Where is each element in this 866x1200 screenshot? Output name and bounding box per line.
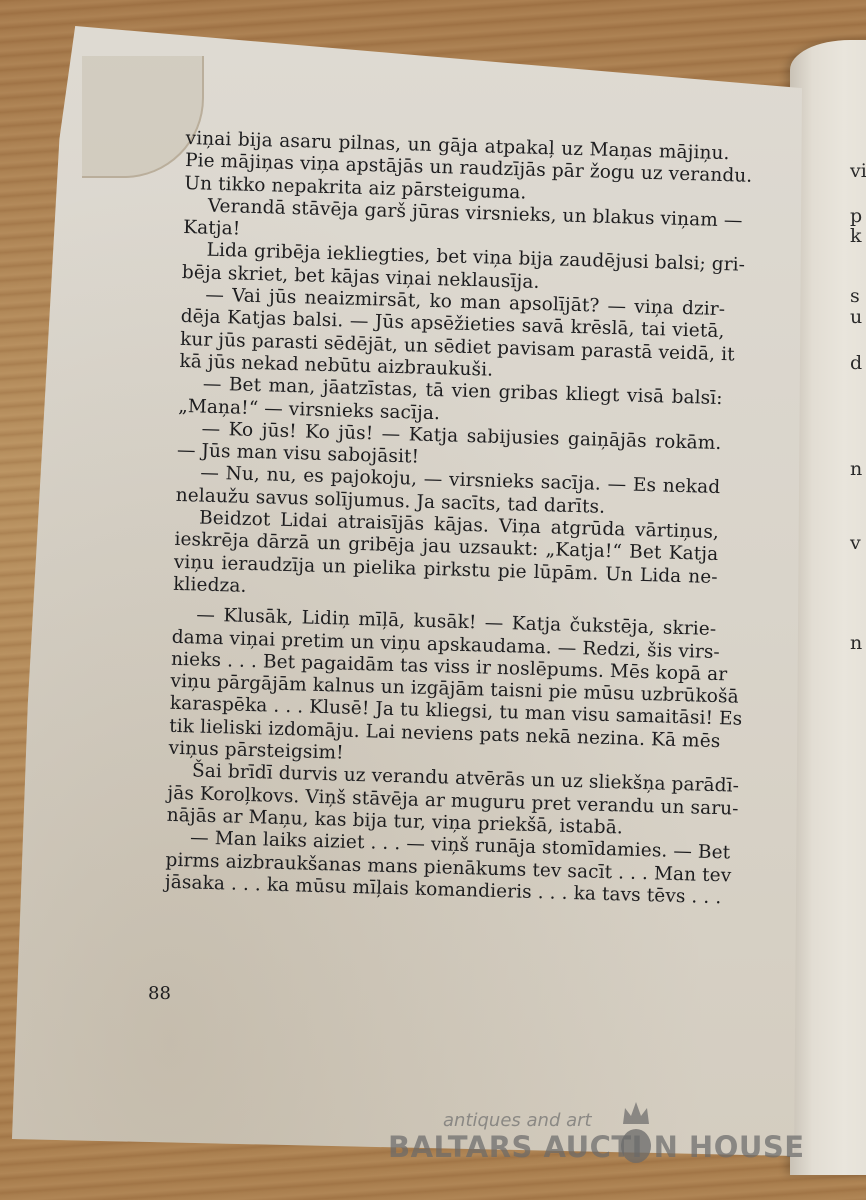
facing-page-letter: d [850, 352, 862, 374]
crown-icon [621, 1100, 651, 1126]
facing-page-letter: u [850, 306, 862, 328]
facing-page-letter: vi [850, 160, 866, 182]
facing-page-letter: s [850, 285, 860, 307]
facing-page-letter: v [850, 532, 861, 554]
facing-page-letter: p [850, 205, 862, 227]
globe-icon [620, 1128, 652, 1168]
page-number: 88 [148, 983, 171, 1004]
facing-page-letter: k [850, 225, 862, 247]
facing-page: vipksudnvn [790, 40, 866, 1175]
facing-page-letter: n [850, 458, 862, 480]
page-text: viņai bija asaru pilnas, un gāja atpakaļ… [165, 128, 730, 909]
watermark-tagline: antiques and art [443, 1110, 592, 1131]
watermark-brand: BALTARS AUCTI N HOUSE [388, 1130, 805, 1164]
facing-page-letter: n [850, 632, 862, 654]
